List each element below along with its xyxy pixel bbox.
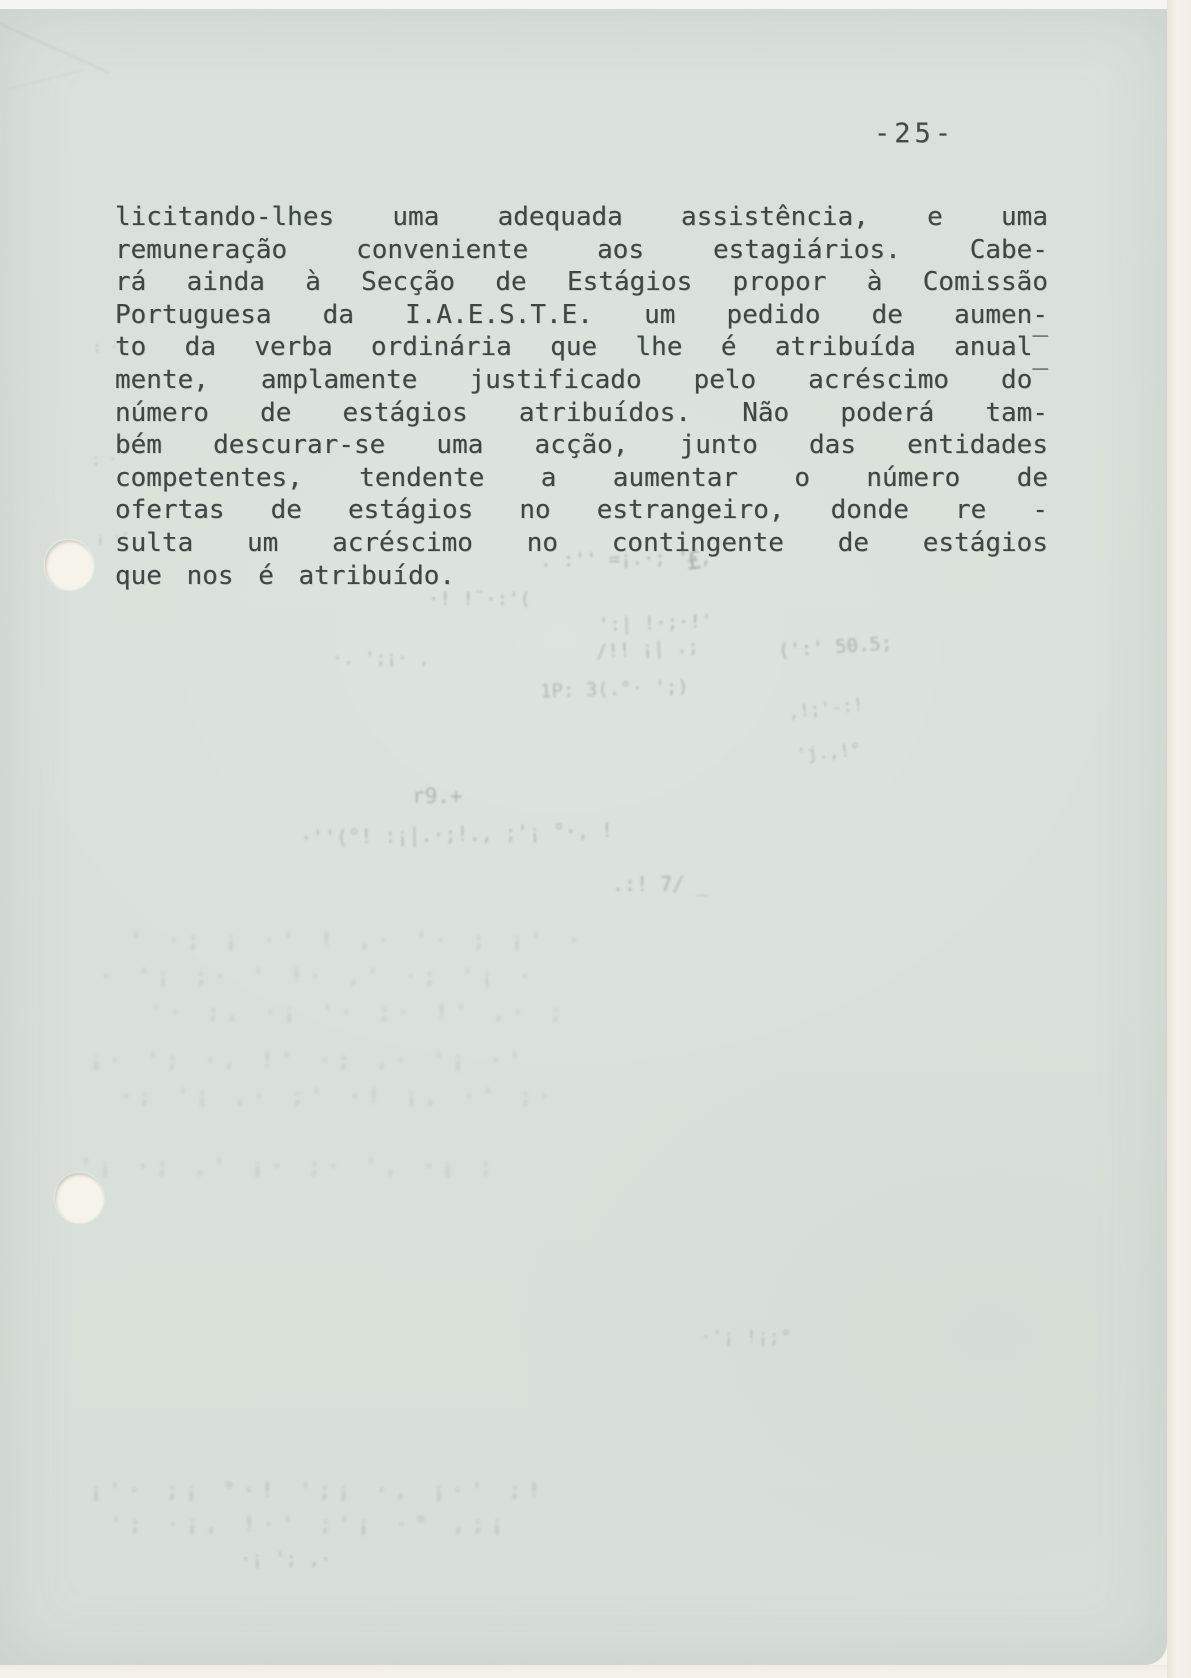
text-line: ofertas de estágios no estrangeiro, dond… <box>115 494 1048 527</box>
scanned-document: -25- licitando-lhes uma adequada assistê… <box>0 0 1191 1678</box>
scan-edge-bottom <box>0 1665 1191 1678</box>
text-line: licitando-lhes uma adequada assistência,… <box>115 201 1048 234</box>
text-line: número de estágios atribuídos. Não poder… <box>115 397 1048 430</box>
text-line: que nos é atribuído. <box>115 560 1048 593</box>
scan-edge-top <box>0 0 1191 9</box>
body-text: licitando-lhes uma adequada assistência,… <box>115 201 1048 592</box>
text-line: sulta um acréscimo no contingente de est… <box>115 527 1048 560</box>
text-line: remuneração conveniente aos estagiários.… <box>115 234 1048 267</box>
text-line: mente, amplamente justificado pelo acrés… <box>115 364 1048 397</box>
paper-crease <box>0 23 109 74</box>
text-line: competentes, tendente a aumentar o númer… <box>115 462 1048 495</box>
paper-crease <box>7 69 85 89</box>
text-line: bém descurar-se uma acção, junto das ent… <box>115 429 1048 462</box>
page-number: -25- <box>874 118 955 149</box>
scan-edge-right <box>1167 0 1191 1678</box>
text-line: Portuguesa da I.A.E.S.T.E. um pedido de … <box>115 299 1048 332</box>
hole-punch <box>45 540 94 590</box>
text-line: rá ainda à Secção de Estágios propor à C… <box>115 266 1048 299</box>
text-line: to da verba ordinária que lhe é atribuíd… <box>115 331 1048 364</box>
